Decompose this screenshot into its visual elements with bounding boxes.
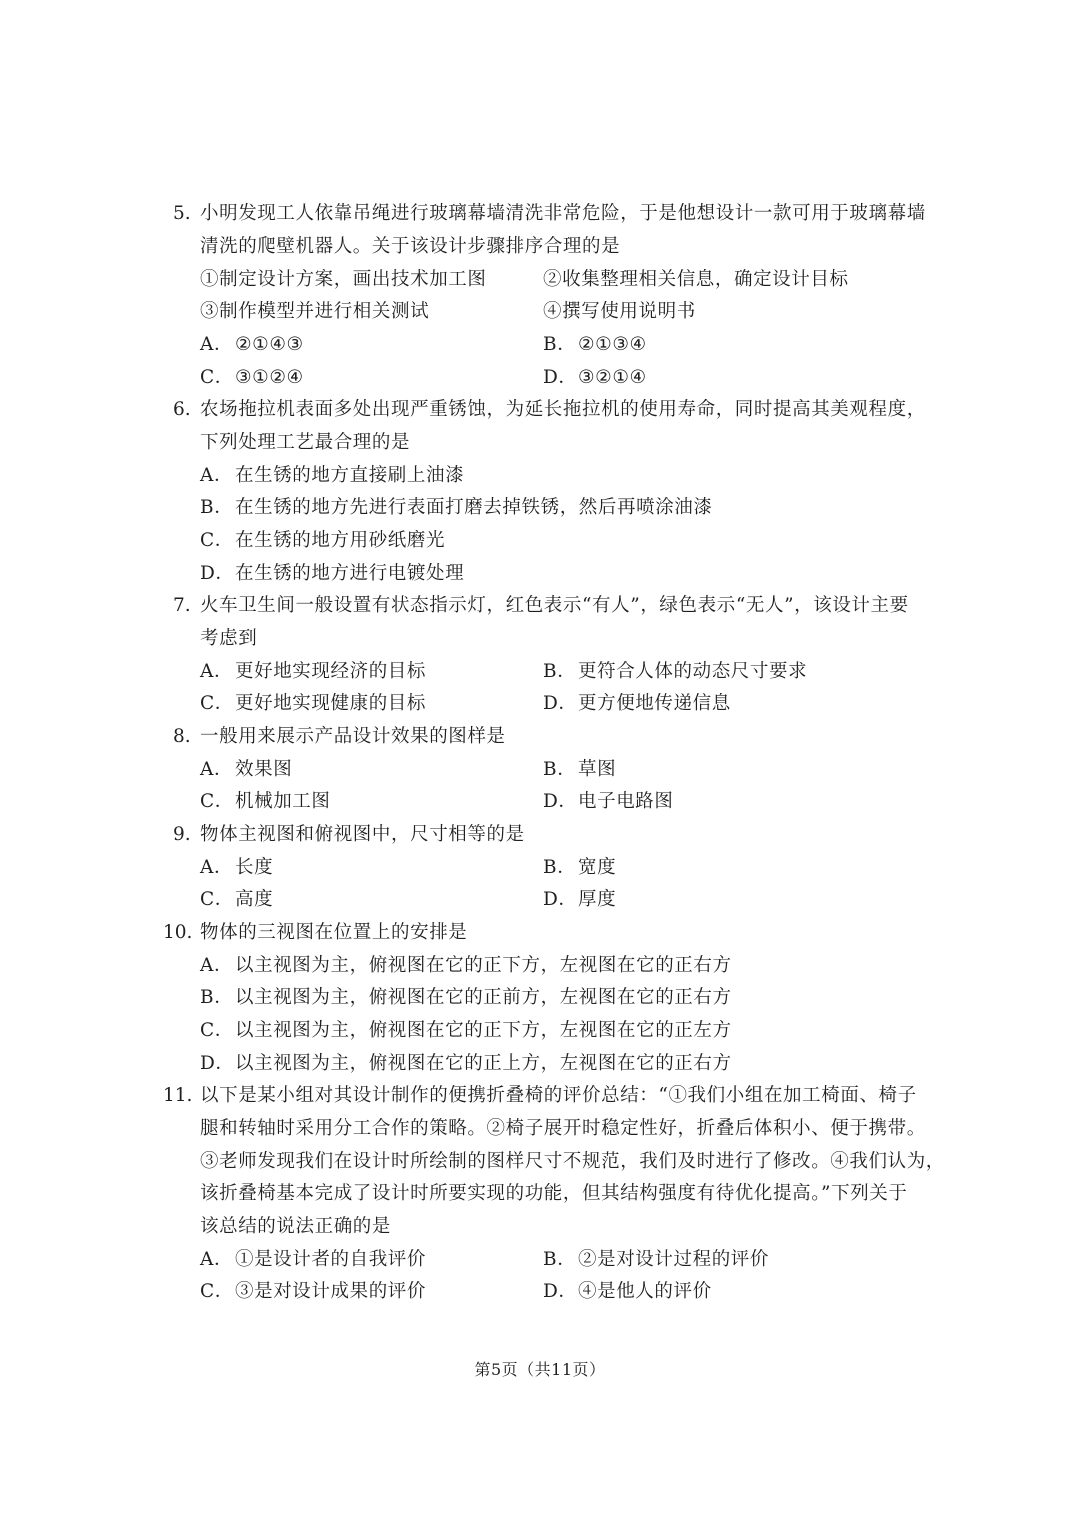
option-letter: C．: [200, 888, 235, 912]
option-text: 高度: [235, 889, 273, 910]
option-text: 更方便地传递信息: [578, 693, 731, 714]
question-number: 8.: [173, 725, 191, 749]
option-letter: D．: [543, 1280, 578, 1304]
option-letter: C．: [200, 692, 235, 716]
option-letter: D．: [543, 366, 578, 390]
option-letter: A．: [200, 758, 235, 782]
question-number: 5.: [173, 202, 191, 226]
option-c[interactable]: C．③是对设计成果的评价: [200, 1280, 426, 1304]
option-c[interactable]: C．③①②④: [200, 366, 304, 390]
question-stem-line: ③老师发现我们在设计时所绘制的图样尺寸不规范，我们及时进行了修改。④我们认为，: [200, 1150, 945, 1174]
question-number: 6.: [173, 398, 191, 422]
option-text: ③是对设计成果的评价: [235, 1281, 426, 1302]
option-letter: C．: [200, 366, 235, 390]
question-stem-line: 清洗的爬壁机器人。关于该设计步骤排序合理的是: [200, 235, 620, 259]
option-text: 更符合人体的动态尺寸要求: [578, 661, 807, 682]
option-d[interactable]: D．更方便地传递信息: [543, 692, 731, 716]
question-stem-line: 物体主视图和俯视图中，尺寸相等的是: [200, 823, 525, 847]
option-b[interactable]: B．以主视图为主，俯视图在它的正前方，左视图在它的正右方: [200, 986, 732, 1010]
option-letter: B．: [543, 660, 578, 684]
option-b[interactable]: B．②是对设计过程的评价: [543, 1248, 769, 1272]
option-letter: B．: [200, 496, 235, 520]
question-stem-line: 腿和转轴时采用分工合作的策略。②椅子展开时稳定性好，折叠后体积小、便于携带。: [200, 1117, 926, 1141]
question-stem-line: 小明发现工人依靠吊绳进行玻璃幕墙清洗非常危险，于是他想设计一款可用于玻璃幕墙: [200, 202, 926, 226]
option-a[interactable]: A．效果图: [200, 758, 292, 782]
option-text: ③②①④: [578, 367, 647, 388]
option-c[interactable]: C．在生锈的地方用砂纸磨光: [200, 529, 445, 553]
option-b[interactable]: B．在生锈的地方先进行表面打磨去掉铁锈，然后再喷涂油漆: [200, 496, 713, 520]
option-a[interactable]: A．①是设计者的自我评价: [200, 1248, 426, 1272]
option-a[interactable]: A．②①④③: [200, 333, 304, 357]
question-stem-line: 农场拖拉机表面多处出现严重锈蚀，为延长拖拉机的使用寿命，同时提高其美观程度，: [200, 398, 926, 422]
option-text: 机械加工图: [235, 791, 331, 812]
option-text: 厚度: [578, 889, 616, 910]
option-letter: D．: [543, 888, 578, 912]
option-text: 长度: [235, 857, 273, 878]
option-c[interactable]: C．机械加工图: [200, 790, 331, 814]
question-number: 10.: [163, 921, 192, 945]
option-text: ④是他人的评价: [578, 1281, 712, 1302]
option-text: 更好地实现经济的目标: [235, 661, 426, 682]
option-letter: B．: [543, 333, 578, 357]
option-letter: C．: [200, 1019, 235, 1043]
option-text: ②①③④: [578, 334, 647, 355]
option-letter: A．: [200, 333, 235, 357]
option-letter: B．: [543, 1248, 578, 1272]
option-a[interactable]: A．长度: [200, 856, 273, 880]
option-a[interactable]: A．更好地实现经济的目标: [200, 660, 426, 684]
page-number-footer: 第5页（共11页）: [0, 1359, 1080, 1381]
question-stem-line: 下列处理工艺最合理的是: [200, 431, 410, 455]
option-letter: A．: [200, 856, 235, 880]
option-d[interactable]: D．以主视图为主，俯视图在它的正上方，左视图在它的正右方: [200, 1052, 732, 1076]
option-text: ②①④③: [235, 334, 304, 355]
option-letter: B．: [200, 986, 235, 1010]
option-c[interactable]: C．更好地实现健康的目标: [200, 692, 426, 716]
option-text: 电子电路图: [578, 791, 674, 812]
option-letter: A．: [200, 464, 235, 488]
option-b[interactable]: B．更符合人体的动态尺寸要求: [543, 660, 807, 684]
option-text: 草图: [578, 759, 616, 780]
option-d[interactable]: D．④是他人的评价: [543, 1280, 712, 1304]
option-d[interactable]: D．厚度: [543, 888, 616, 912]
option-text: 以主视图为主，俯视图在它的正前方，左视图在它的正右方: [235, 987, 732, 1008]
step-item: ②收集整理相关信息，确定设计目标: [543, 268, 849, 292]
option-letter: B．: [543, 856, 578, 880]
question-stem-line: 一般用来展示产品设计效果的图样是: [200, 725, 506, 749]
option-text: 在生锈的地方直接刷上油漆: [235, 465, 464, 486]
option-a[interactable]: A．在生锈的地方直接刷上油漆: [200, 464, 464, 488]
option-text: 以主视图为主，俯视图在它的正下方，左视图在它的正左方: [235, 1020, 732, 1041]
option-letter: C．: [200, 529, 235, 553]
option-text: 以主视图为主，俯视图在它的正下方，左视图在它的正右方: [235, 955, 732, 976]
option-text: 宽度: [578, 857, 616, 878]
option-text: ①是设计者的自我评价: [235, 1249, 426, 1270]
option-text: 在生锈的地方进行电镀处理: [235, 563, 464, 584]
question-stem-line: 该总结的说法正确的是: [200, 1215, 391, 1239]
option-letter: C．: [200, 790, 235, 814]
question-stem-line: 该折叠椅基本完成了设计时所要实现的功能，但其结构强度有待优化提高。”下列关于: [200, 1182, 908, 1206]
option-text: 在生锈的地方用砂纸磨光: [235, 530, 445, 551]
option-text: 更好地实现健康的目标: [235, 693, 426, 714]
option-d[interactable]: D．在生锈的地方进行电镀处理: [200, 562, 464, 586]
option-letter: D．: [543, 692, 578, 716]
option-text: 在生锈的地方先进行表面打磨去掉铁锈，然后再喷涂油漆: [235, 497, 713, 518]
option-a[interactable]: A．以主视图为主，俯视图在它的正下方，左视图在它的正右方: [200, 954, 732, 978]
option-letter: A．: [200, 660, 235, 684]
option-d[interactable]: D．③②①④: [543, 366, 647, 390]
question-number: 9.: [173, 823, 191, 847]
option-letter: A．: [200, 954, 235, 978]
question-stem-line: 以下是某小组对其设计制作的便携折叠椅的评价总结：“①我们小组在加工椅面、椅子: [200, 1084, 917, 1108]
question-number: 11.: [163, 1084, 192, 1108]
exam-page: 5. 小明发现工人依靠吊绳进行玻璃幕墙清洗非常危险，于是他想设计一款可用于玻璃幕…: [0, 0, 1080, 1527]
step-item: ④撰写使用说明书: [543, 300, 696, 324]
step-item: ③制作模型并进行相关测试: [200, 300, 429, 324]
option-b[interactable]: B．宽度: [543, 856, 616, 880]
option-text: ②是对设计过程的评价: [578, 1249, 769, 1270]
option-b[interactable]: B．草图: [543, 758, 616, 782]
option-letter: D．: [200, 562, 235, 586]
option-text: ③①②④: [235, 367, 304, 388]
option-text: 效果图: [235, 759, 292, 780]
question-stem-line: 物体的三视图在位置上的安排是: [200, 921, 467, 945]
option-letter: D．: [200, 1052, 235, 1076]
question-stem-line: 火车卫生间一般设置有状态指示灯，红色表示“有人”，绿色表示“无人”，该设计主要: [200, 594, 909, 618]
option-letter: A．: [200, 1248, 235, 1272]
option-letter: D．: [543, 790, 578, 814]
option-c[interactable]: C．高度: [200, 888, 273, 912]
question-number: 7.: [173, 594, 191, 618]
option-letter: C．: [200, 1280, 235, 1304]
step-item: ①制定设计方案，画出技术加工图: [200, 268, 487, 292]
question-stem-line: 考虑到: [200, 627, 257, 651]
option-b[interactable]: B．②①③④: [543, 333, 647, 357]
option-d[interactable]: D．电子电路图: [543, 790, 674, 814]
option-c[interactable]: C．以主视图为主，俯视图在它的正下方，左视图在它的正左方: [200, 1019, 732, 1043]
option-text: 以主视图为主，俯视图在它的正上方，左视图在它的正右方: [235, 1053, 732, 1074]
option-letter: B．: [543, 758, 578, 782]
